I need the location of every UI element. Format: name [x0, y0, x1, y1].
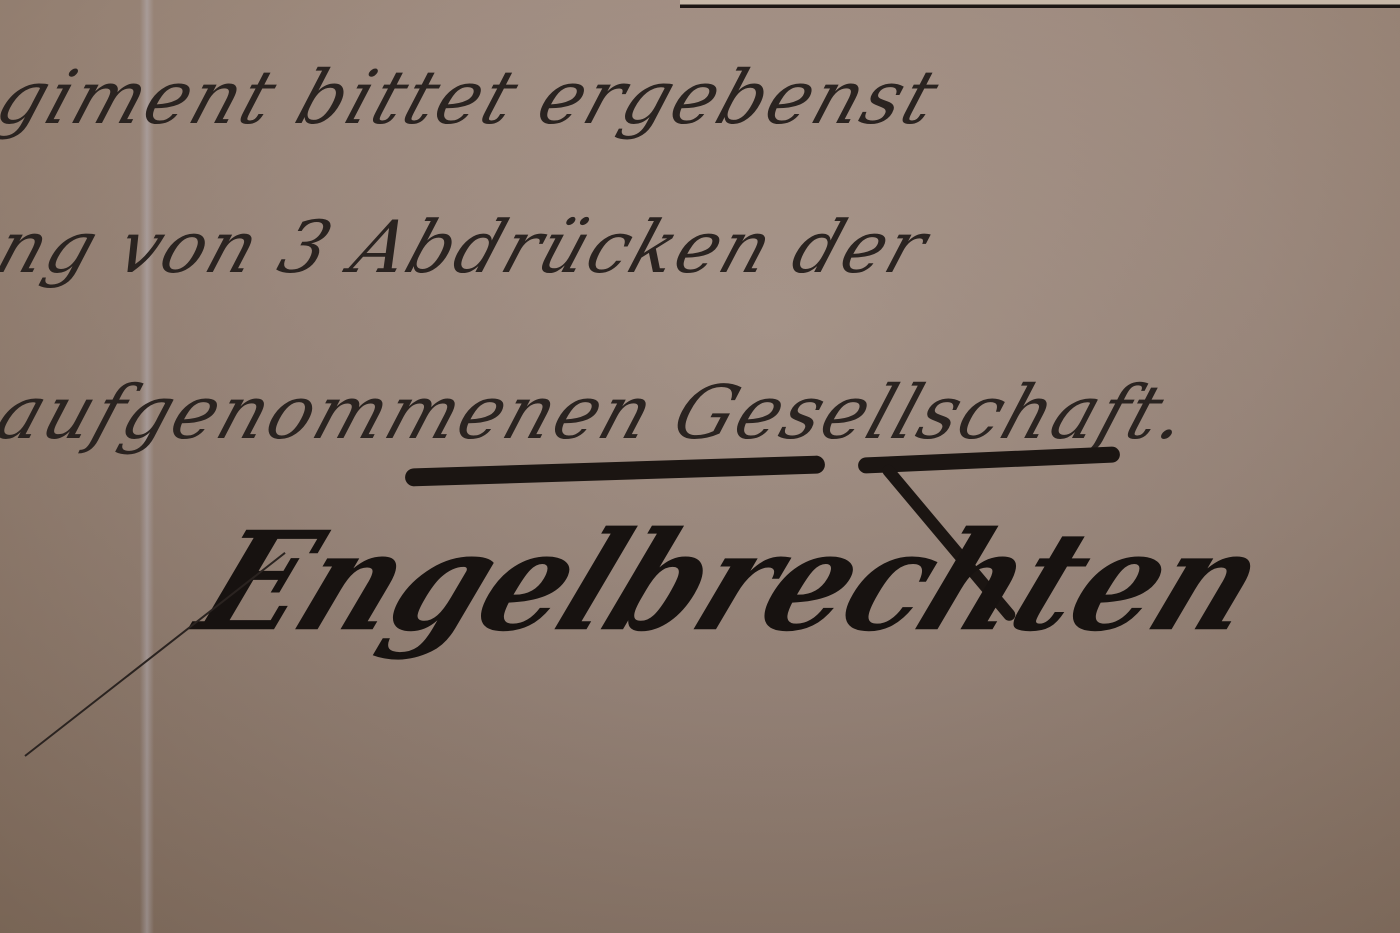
handwritten-line-1: giment bittet ergebenst — [0, 55, 950, 141]
handwritten-line-3: aufgenommenen Gesellschaft. — [0, 370, 1201, 456]
handwritten-line-2: ng von 3 Abdrücken der — [0, 205, 939, 289]
top-ruled-line — [680, 0, 1400, 8]
signature: Engelbrechten — [178, 501, 1287, 662]
